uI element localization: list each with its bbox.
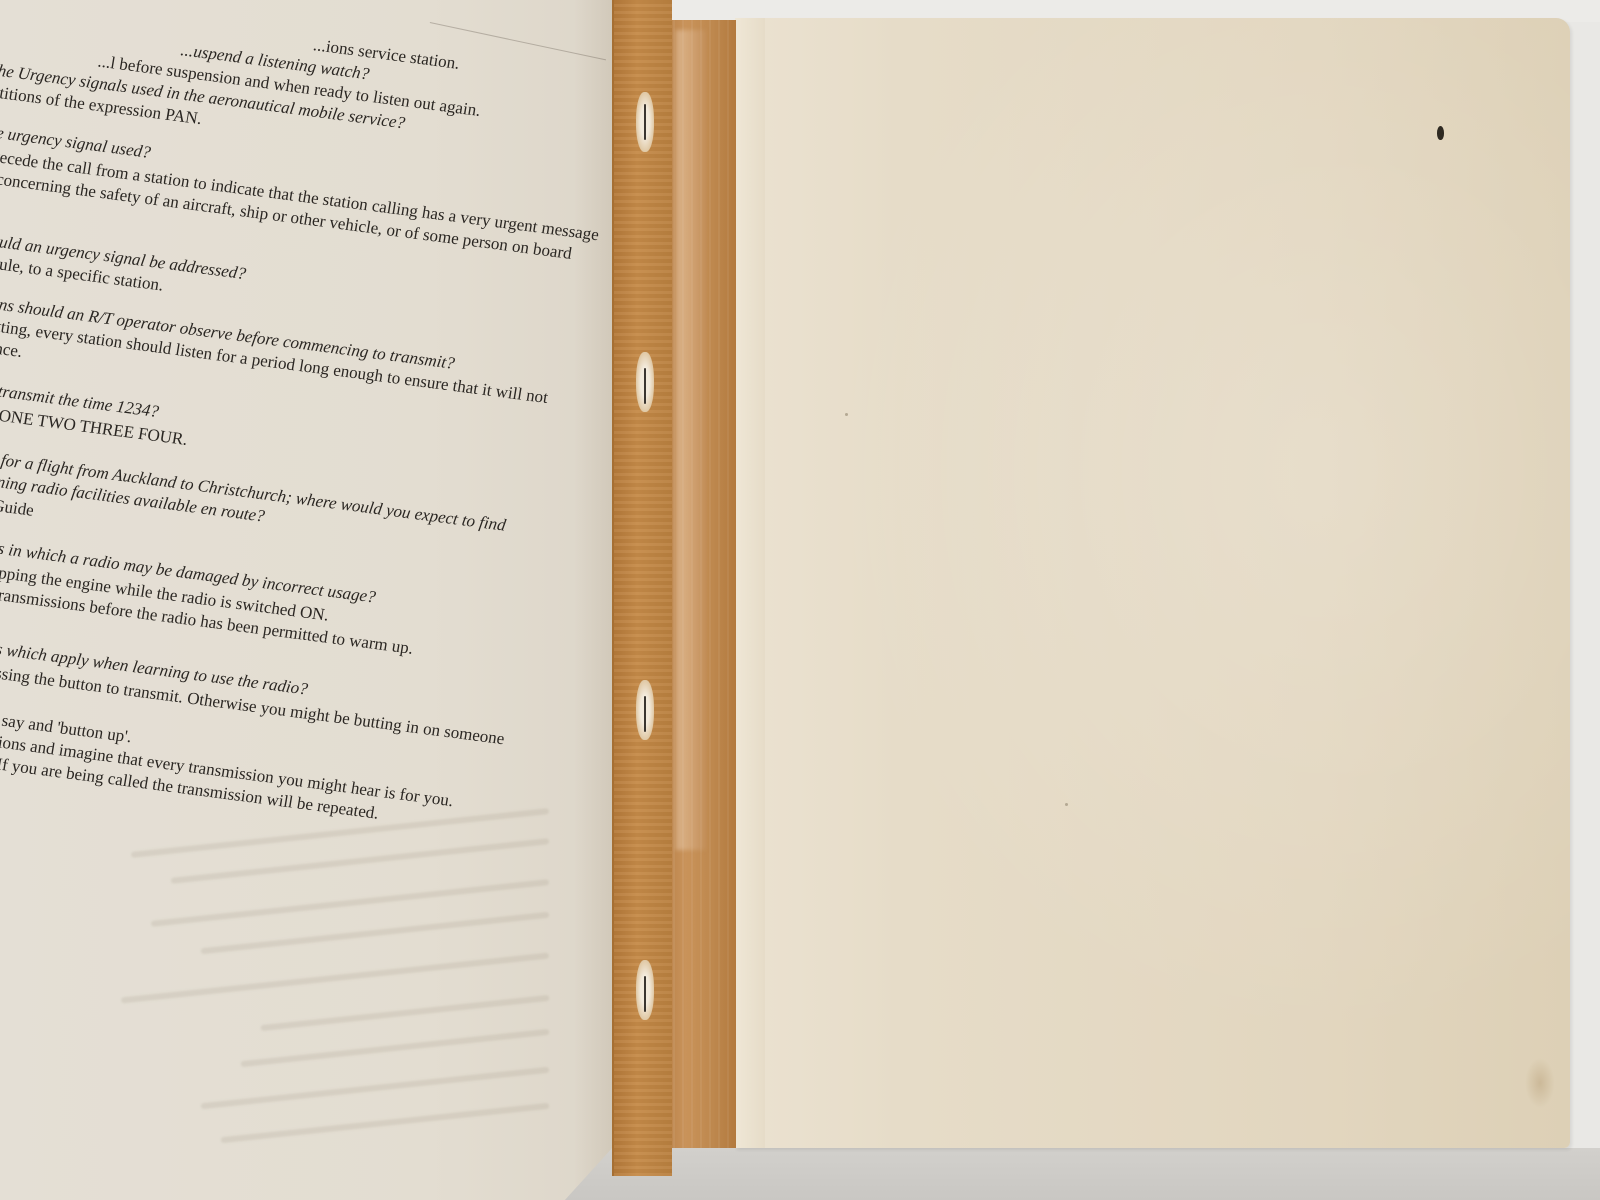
staple-icon <box>644 368 646 404</box>
show-through-text <box>260 995 549 1031</box>
staple-icon <box>644 976 646 1012</box>
right-page-inner-edge <box>735 18 765 1148</box>
page-text-block: ...ions service station....uspend a list… <box>0 0 613 72</box>
right-page <box>735 18 1570 1148</box>
show-through-text <box>201 912 550 955</box>
show-through-text <box>241 1029 550 1067</box>
page-stain <box>1525 1058 1555 1108</box>
page-speck <box>845 413 848 416</box>
staple-icon <box>644 696 646 732</box>
binding-tape-gloss <box>676 30 706 850</box>
show-through-text <box>121 953 549 1004</box>
page-blemish-icon <box>1437 126 1444 140</box>
left-page: ...ions service station....uspend a list… <box>0 0 614 1200</box>
show-through-text <box>201 1067 550 1110</box>
page-fold-shadow <box>574 0 614 1200</box>
staple-icon <box>644 104 646 140</box>
page-speck <box>1065 803 1068 806</box>
show-through-text <box>221 1103 550 1143</box>
